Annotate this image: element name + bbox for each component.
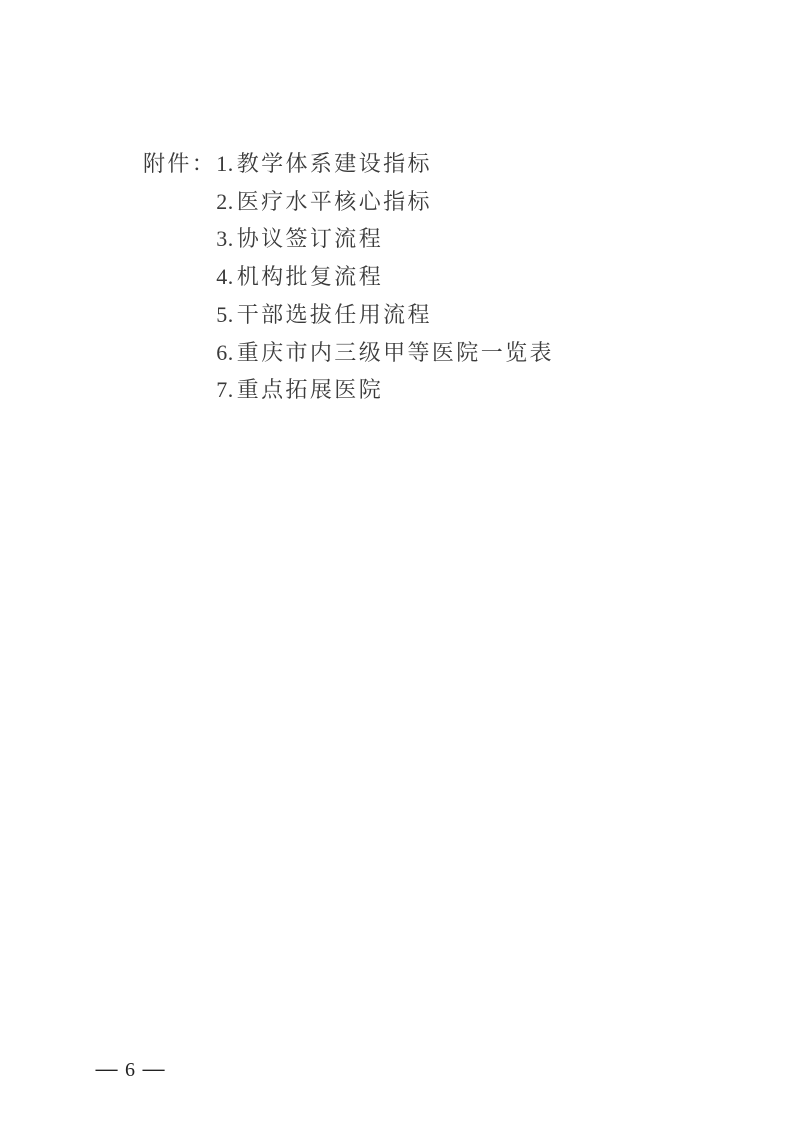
attachment-item: 3.协议签订流程 xyxy=(216,220,554,258)
attachment-item: 2.医疗水平核心指标 xyxy=(216,183,554,221)
attachment-item-title: 机构批复流程 xyxy=(237,264,383,289)
page-number-dash-right: — xyxy=(143,1057,165,1083)
attachment-item: 4.机构批复流程 xyxy=(216,258,554,296)
attachment-item-number: 3. xyxy=(216,226,234,251)
page-footer: — 6 — xyxy=(97,1057,163,1083)
attachment-item: 6.重庆市内三级甲等医院一览表 xyxy=(216,334,554,372)
page-number-dash-left: — xyxy=(96,1057,118,1083)
attachment-item: 1.教学体系建设指标 xyxy=(216,145,554,183)
attachment-item-number: 7. xyxy=(216,377,234,402)
attachment-item-title: 教学体系建设指标 xyxy=(237,151,432,176)
attachment-item-number: 1. xyxy=(216,151,234,176)
attachment-item-title: 重点拓展医院 xyxy=(237,377,383,402)
attachment-item-title: 医疗水平核心指标 xyxy=(237,189,432,214)
document-page: 附件： 1.教学体系建设指标 2.医疗水平核心指标 3.协议签订流程 4.机构批… xyxy=(0,0,794,1123)
attachment-item-number: 6. xyxy=(216,340,234,365)
attachment-item: 7.重点拓展医院 xyxy=(216,371,554,409)
attachments-section: 附件： 1.教学体系建设指标 2.医疗水平核心指标 3.协议签订流程 4.机构批… xyxy=(143,145,554,409)
attachment-item-number: 5. xyxy=(216,302,234,327)
page-number: 6 xyxy=(125,1057,135,1083)
attachments-list: 1.教学体系建设指标 2.医疗水平核心指标 3.协议签订流程 4.机构批复流程 … xyxy=(216,145,554,409)
attachment-item-title: 干部选拔任用流程 xyxy=(237,302,432,327)
attachment-item-number: 2. xyxy=(216,189,234,214)
attachment-item-title: 重庆市内三级甲等医院一览表 xyxy=(237,340,554,365)
attachment-item-title: 协议签订流程 xyxy=(237,226,383,251)
attachments-label: 附件： xyxy=(143,145,216,183)
attachment-item: 5.干部选拔任用流程 xyxy=(216,296,554,334)
attachment-item-number: 4. xyxy=(216,264,234,289)
